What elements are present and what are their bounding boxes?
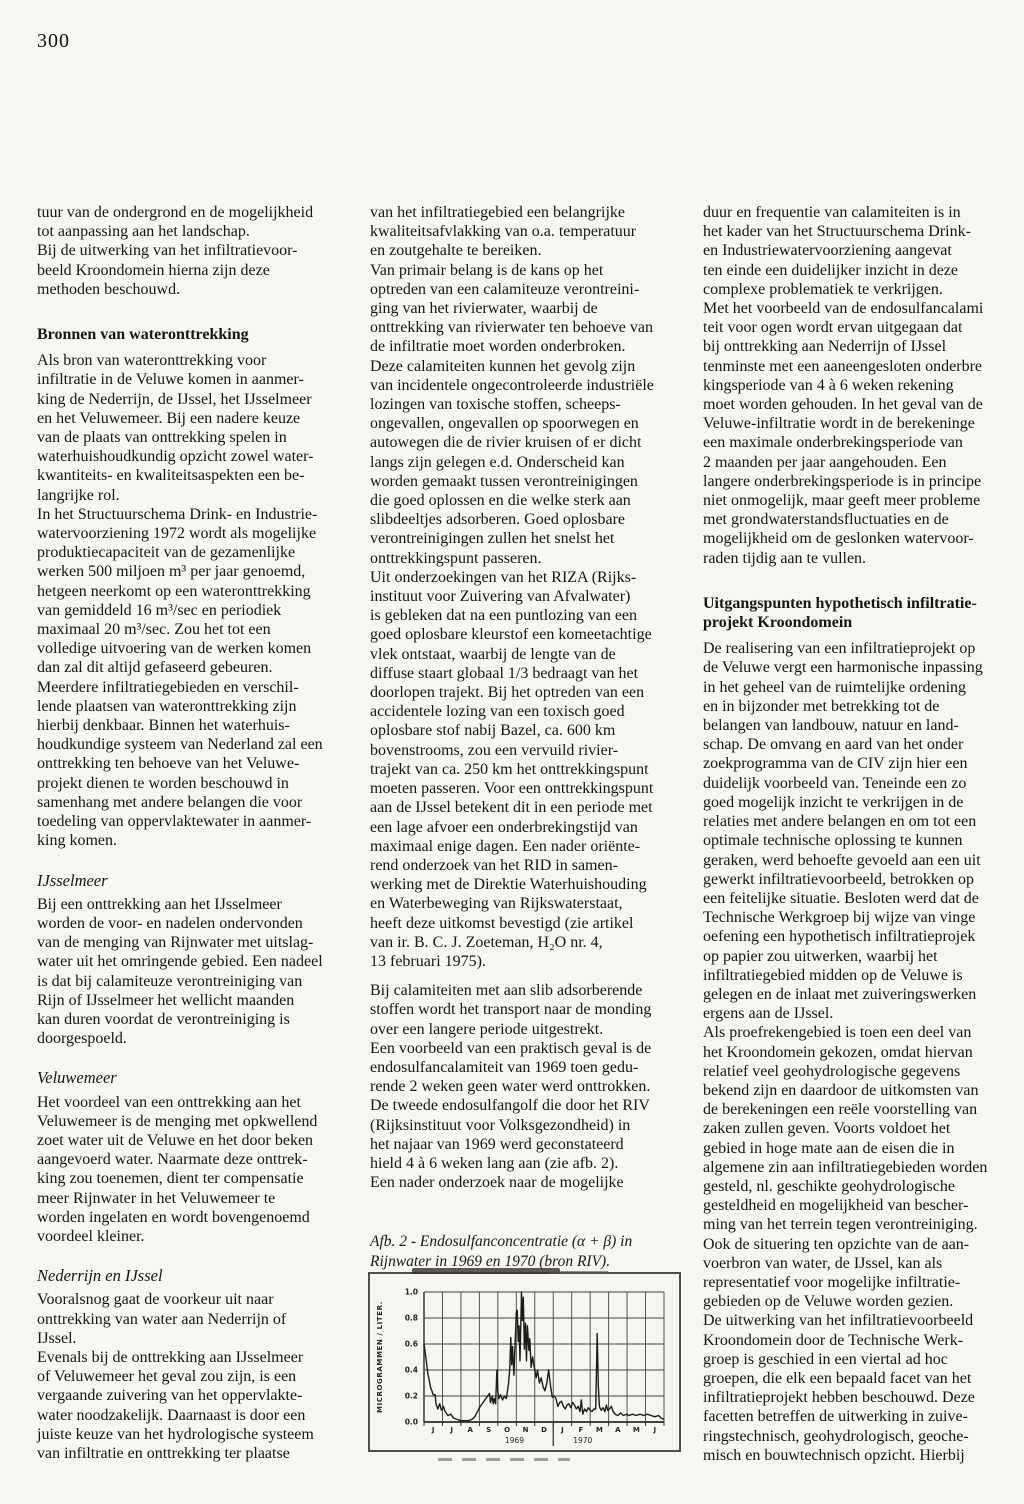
x-month-label: J bbox=[652, 1426, 656, 1434]
figure-2-frame: 1.00.80.60.40.20.0JJASONDJFMAMJ19691970M… bbox=[368, 1272, 681, 1452]
paragraph: duur en frequentie van calamiteiten is i… bbox=[703, 203, 1024, 568]
concentration-line bbox=[424, 1292, 664, 1421]
y-tick-label: 0.0 bbox=[405, 1418, 418, 1427]
section-heading: Uitgangspunten hypothetisch infiltratie-… bbox=[703, 594, 1024, 632]
year-label: 1970 bbox=[573, 1436, 592, 1445]
paragraph: Het voordeel van een onttrekking aan het… bbox=[37, 1093, 359, 1247]
x-month-label: J bbox=[431, 1426, 435, 1434]
y-tick-label: 1.0 bbox=[405, 1288, 418, 1297]
paragraph: Bij een onttrekking aan het IJsselmeer w… bbox=[37, 895, 359, 1049]
x-month-label: J bbox=[449, 1426, 453, 1434]
x-month-label: F bbox=[579, 1426, 584, 1434]
paragraph: Vooralsnog gaat de voorkeur uit naar ont… bbox=[37, 1290, 359, 1463]
x-month-label: A bbox=[467, 1426, 473, 1434]
x-month-label: A bbox=[615, 1426, 621, 1434]
column-right: duur en frequentie van calamiteiten is i… bbox=[703, 203, 1024, 1465]
x-month-label: S bbox=[486, 1426, 491, 1434]
subsection-heading: Veluwemeer bbox=[37, 1068, 359, 1087]
x-month-label: O bbox=[504, 1426, 510, 1434]
x-month-label: M bbox=[633, 1426, 640, 1434]
column-middle: van het infiltratiegebied een belangrijk… bbox=[370, 203, 694, 1192]
scan-artifact-smudge bbox=[412, 1268, 560, 1274]
y-tick-label: 0.2 bbox=[405, 1392, 418, 1401]
figure-caption: Afb. 2 - Endosulfanconcentratie (α + β) … bbox=[370, 1232, 700, 1272]
section-heading: Bronnen van wateronttrekking bbox=[37, 325, 359, 344]
x-month-label: J bbox=[560, 1426, 564, 1434]
y-axis-title: MICROGRAMMEN / LITER. bbox=[376, 1301, 384, 1413]
subsection-heading: IJsselmeer bbox=[37, 871, 359, 890]
paragraph: Bij calamiteiten met aan slib adsorberen… bbox=[370, 981, 694, 1192]
page-number: 300 bbox=[37, 30, 70, 53]
x-month-label: D bbox=[541, 1426, 547, 1434]
subsection-heading: Nederrijn en IJssel bbox=[37, 1266, 359, 1285]
paragraph: Als bron van wateronttrekking voor infil… bbox=[37, 351, 359, 850]
scan-artifact-dashes bbox=[438, 1458, 570, 1461]
column-left: tuur van de ondergrond en de mogelijkhei… bbox=[37, 203, 359, 1463]
endosulfan-concentration-chart: 1.00.80.60.40.20.0JJASONDJFMAMJ19691970M… bbox=[370, 1274, 679, 1450]
paragraph: De realisering van een infiltratieprojek… bbox=[703, 639, 1024, 1465]
paragraph: van het infiltratiegebied een belangrijk… bbox=[370, 203, 694, 971]
year-label: 1969 bbox=[505, 1436, 524, 1445]
scanned-journal-page: { "page": { "number": "300" }, "columns"… bbox=[0, 0, 1024, 1504]
y-tick-label: 0.8 bbox=[405, 1314, 418, 1323]
y-tick-label: 0.6 bbox=[405, 1340, 418, 1349]
x-month-label: M bbox=[596, 1426, 603, 1434]
x-month-label: N bbox=[523, 1426, 529, 1434]
scan-artifact-smudge bbox=[548, 1271, 608, 1274]
paragraph: tuur van de ondergrond en de mogelijkhei… bbox=[37, 203, 359, 299]
y-tick-label: 0.4 bbox=[405, 1366, 418, 1375]
